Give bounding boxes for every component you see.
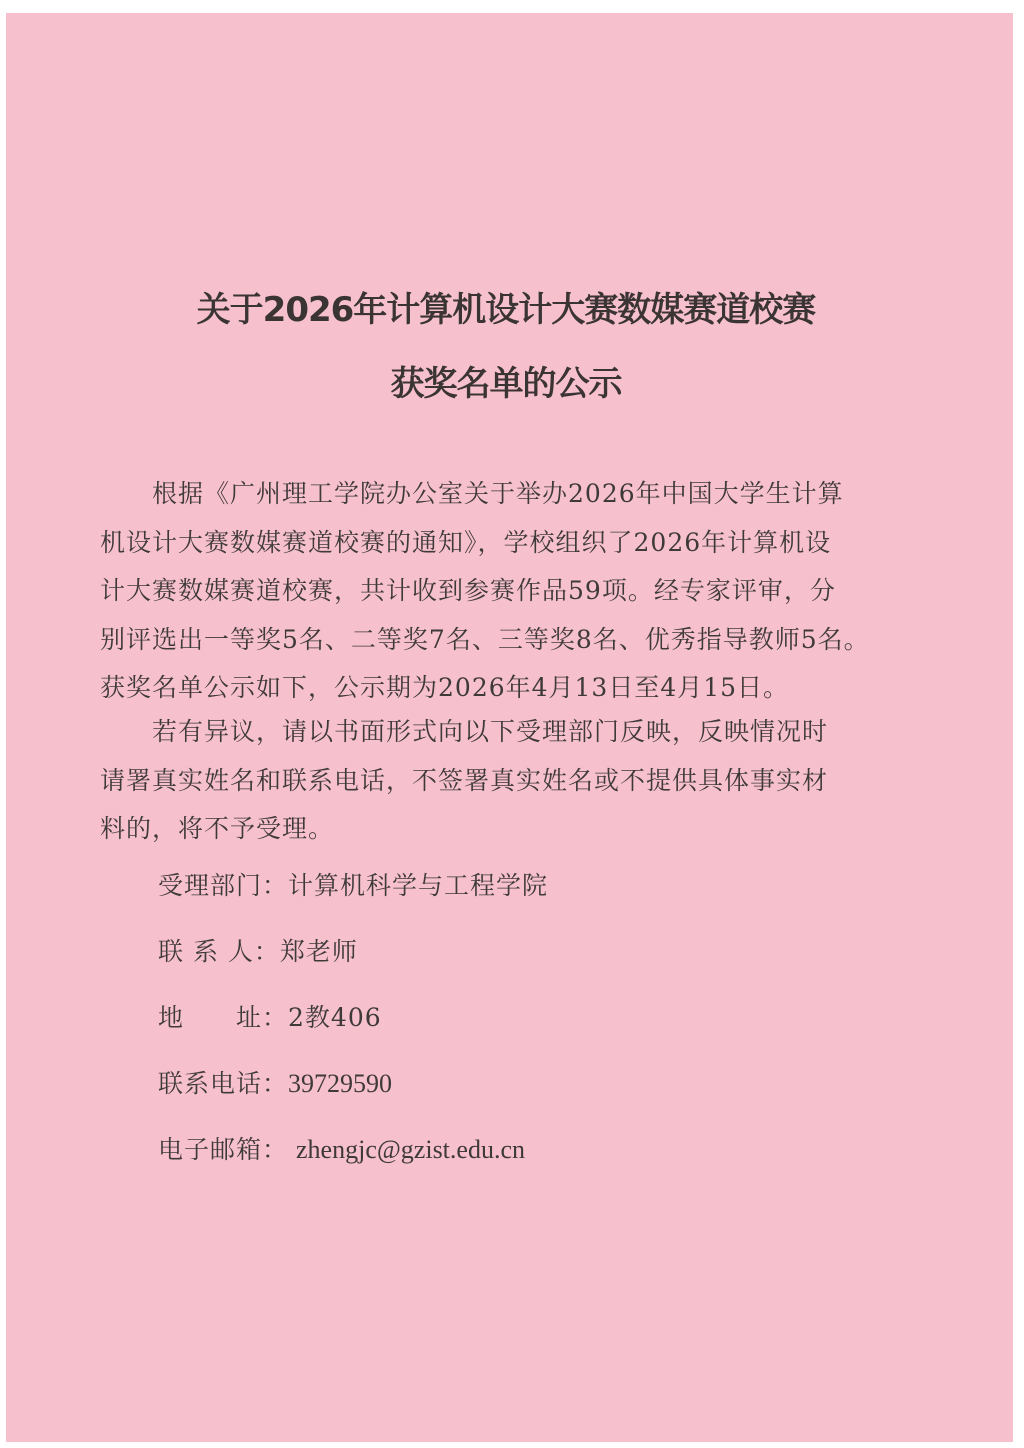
contact-department: 受理部门：计算机科学与工程学院 [158,866,548,902]
paragraph-line: 根据《广州理工学院办公室关于举办2026年中国大学生计算 [100,470,890,519]
announcement-paragraph: 根据《广州理工学院办公室关于举办2026年中国大学生计算 机设计大赛数媒赛道校赛… [100,470,890,713]
contact-value: 郑老师 [280,937,358,966]
paragraph-line: 机设计大赛数媒赛道校赛的通知》，学校组织了2026年计算机设 [100,519,890,568]
document-title-line-2: 获奖名单的公示 [0,356,1018,405]
paragraph-line: 若有异议，请以书面形式向以下受理部门反映，反映情况时 [100,708,890,757]
contact-value: 计算机科学与工程学院 [288,871,548,900]
paragraph-line: 计大赛数媒赛道校赛，共计收到参赛作品59项。经专家评审，分 [100,567,890,616]
paragraph-line: 请署真实姓名和联系电话，不签署真实姓名或不提供具体事实材 [100,757,890,806]
contact-label: 地 址： [158,1003,288,1032]
contact-value: 2教406 [288,1003,382,1032]
contact-email-link[interactable]: zhengjc@gzist.edu.cn [296,1135,525,1164]
document-title-line-1: 关于2026年计算机设计大赛数媒赛道校赛 [0,282,1018,331]
contact-email: 电子邮箱：zhengjc@gzist.edu.cn [158,1130,525,1166]
contact-label: 联 系 人： [158,937,280,966]
contact-phone-value: 39729590 [288,1069,392,1098]
contact-phone: 联系电话：39729590 [158,1064,392,1100]
contact-label: 联系电话： [158,1069,288,1098]
contact-label: 电子邮箱： [158,1135,288,1164]
contact-label: 受理部门： [158,871,288,900]
contact-person: 联 系 人：郑老师 [158,932,358,968]
paragraph-line: 别评选出一等奖5名、二等奖7名、三等奖8名、优秀指导教师5名。 [100,616,890,665]
contact-address: 地 址：2教406 [158,998,382,1034]
paragraph-line: 获奖名单公示如下，公示期为2026年4月13日至4月15日。 [100,664,890,713]
paragraph-line: 料的，将不予受理。 [100,805,890,854]
objection-paragraph: 若有异议，请以书面形式向以下受理部门反映，反映情况时 请署真实姓名和联系电话，不… [100,708,890,854]
